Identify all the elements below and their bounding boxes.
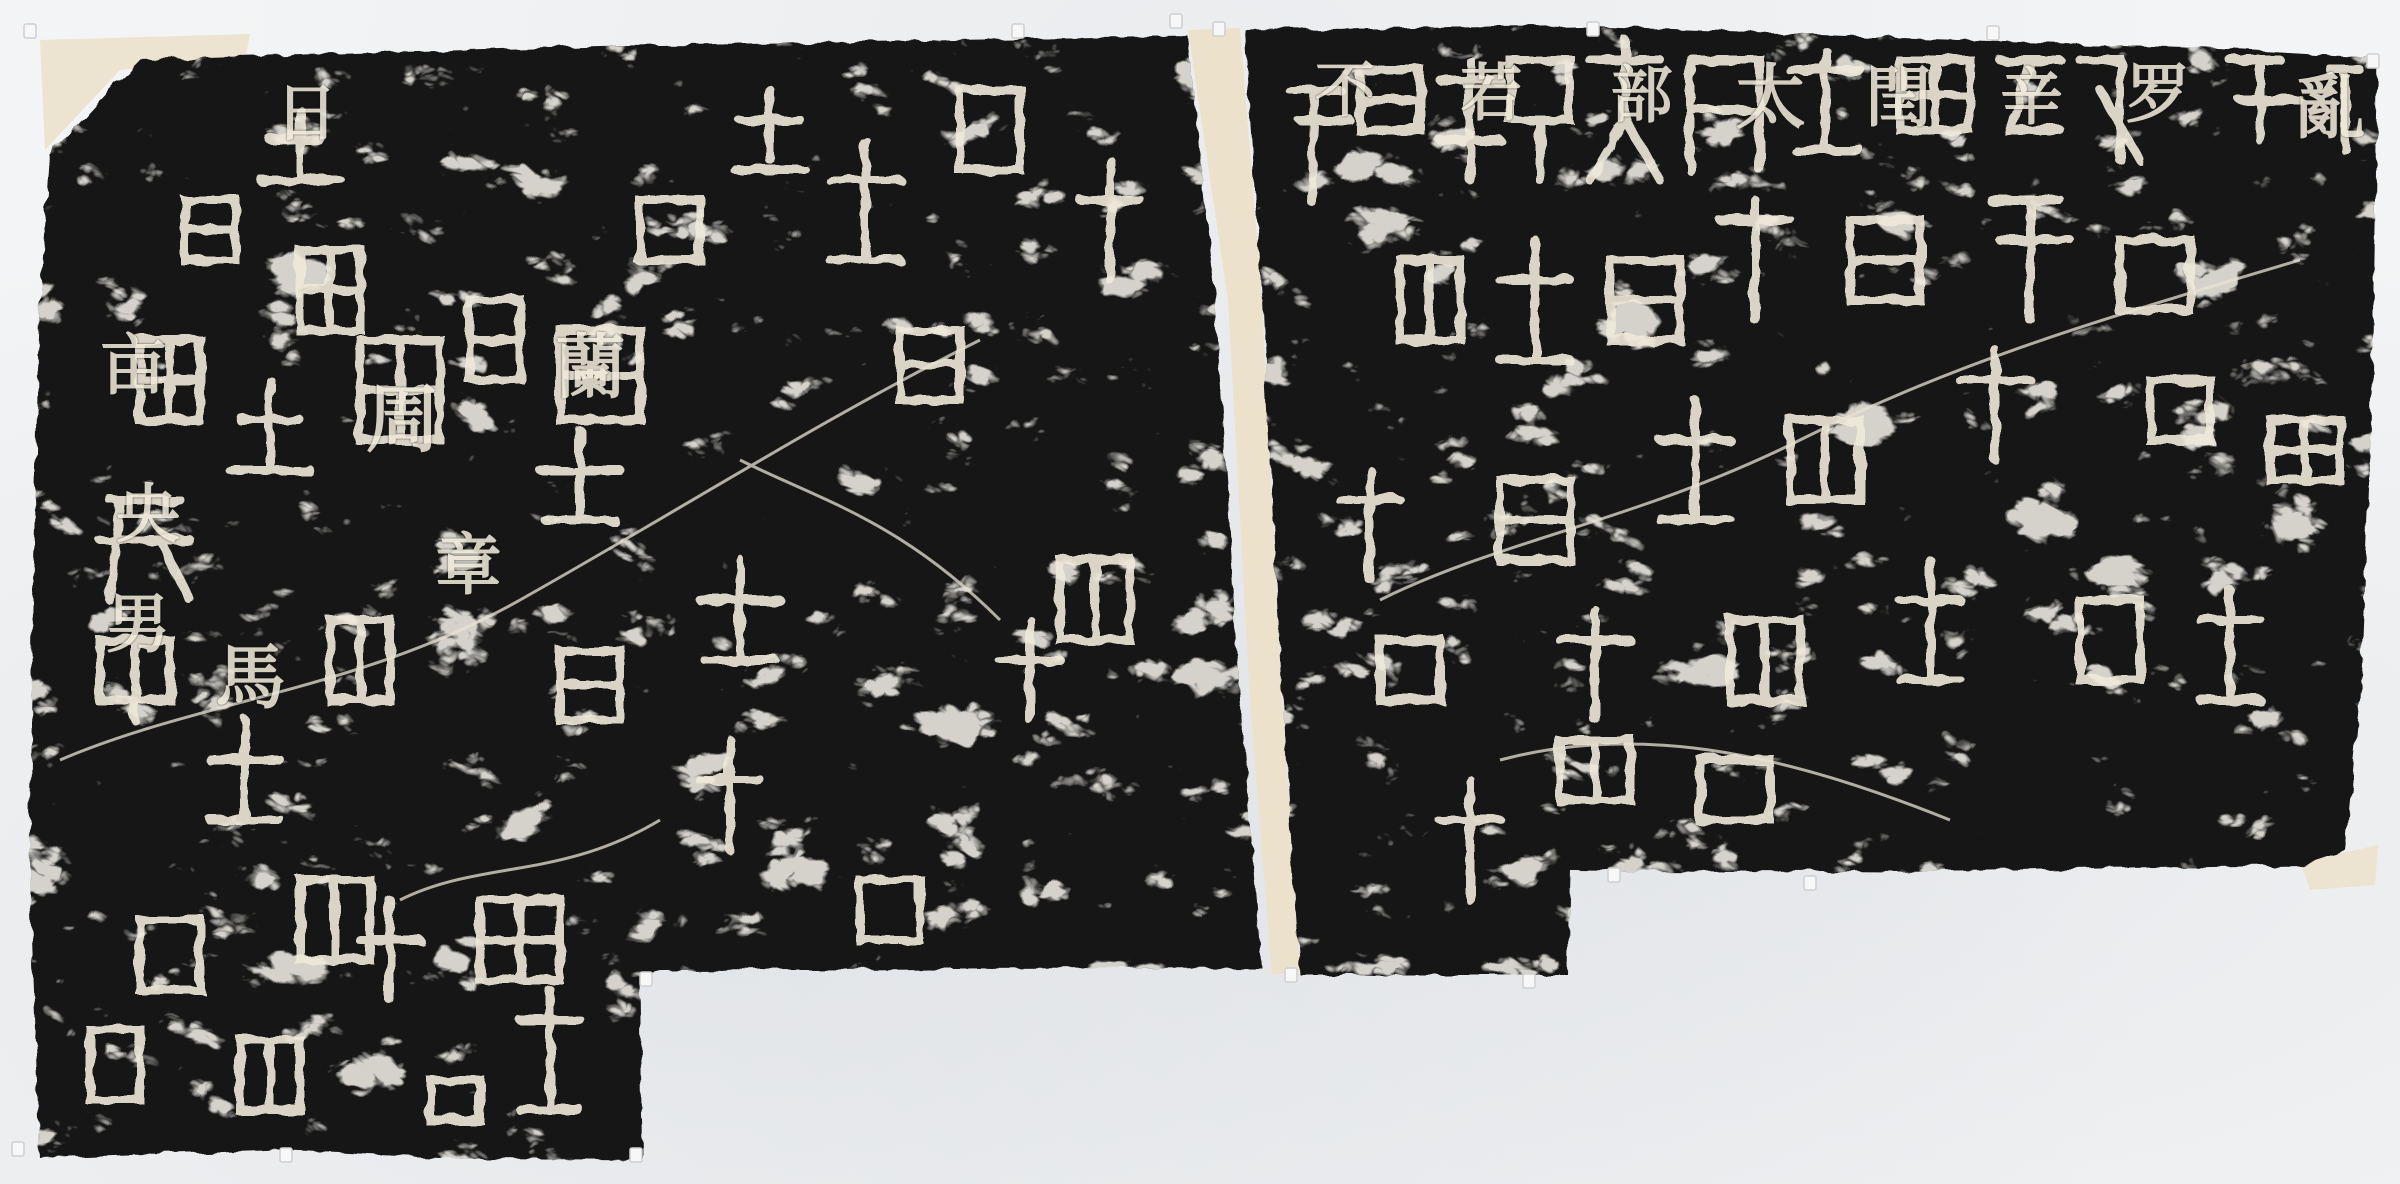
stone-rubbing bbox=[0, 0, 2400, 1184]
